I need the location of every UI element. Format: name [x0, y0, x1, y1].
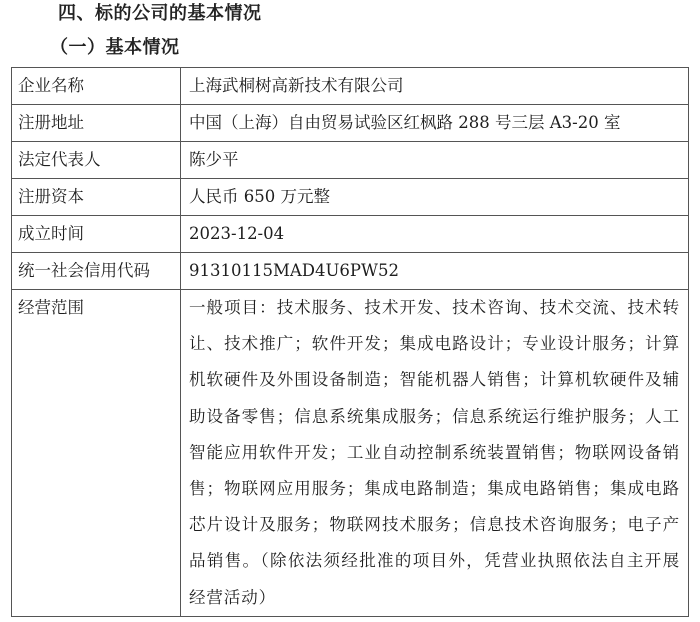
table-row-registered-address: 注册地址 中国（上海）自由贸易试验区红枫路 288 号三层 A3-20 室 — [12, 105, 689, 142]
table-row-business-scope: 经营范围 一般项目：技术服务、技术开发、技术咨询、技术交流、技术转让、技术推广；… — [12, 290, 689, 617]
table-row-legal-representative: 法定代表人 陈少平 — [12, 142, 689, 179]
subsection-heading: （一）基本情况 — [50, 36, 180, 60]
row-value: 中国（上海）自由贸易试验区红枫路 288 号三层 A3-20 室 — [181, 105, 689, 142]
row-value: 91310115MAD4U6PW52 — [181, 253, 689, 290]
row-label: 统一社会信用代码 — [12, 253, 181, 290]
row-value: 一般项目：技术服务、技术开发、技术咨询、技术交流、技术转让、技术推广；软件开发；… — [181, 290, 689, 617]
row-label: 注册地址 — [12, 105, 181, 142]
row-value: 人民币 650 万元整 — [181, 179, 689, 216]
table-row-established-date: 成立时间 2023-12-04 — [12, 216, 689, 253]
table-row-registered-capital: 注册资本 人民币 650 万元整 — [12, 179, 689, 216]
row-label: 成立时间 — [12, 216, 181, 253]
row-label: 经营范围 — [12, 290, 181, 617]
row-label: 法定代表人 — [12, 142, 181, 179]
row-label: 企业名称 — [12, 68, 181, 105]
row-value: 2023-12-04 — [181, 216, 689, 253]
section-heading: 四、标的公司的基本情况 — [58, 2, 262, 26]
row-value: 陈少平 — [181, 142, 689, 179]
row-value: 上海武桐树高新技术有限公司 — [181, 68, 689, 105]
table-row-company-name: 企业名称 上海武桐树高新技术有限公司 — [12, 68, 689, 105]
row-label: 注册资本 — [12, 179, 181, 216]
table-row-credit-code: 统一社会信用代码 91310115MAD4U6PW52 — [12, 253, 689, 290]
company-info-table: 企业名称 上海武桐树高新技术有限公司 注册地址 中国（上海）自由贸易试验区红枫路… — [11, 67, 689, 617]
